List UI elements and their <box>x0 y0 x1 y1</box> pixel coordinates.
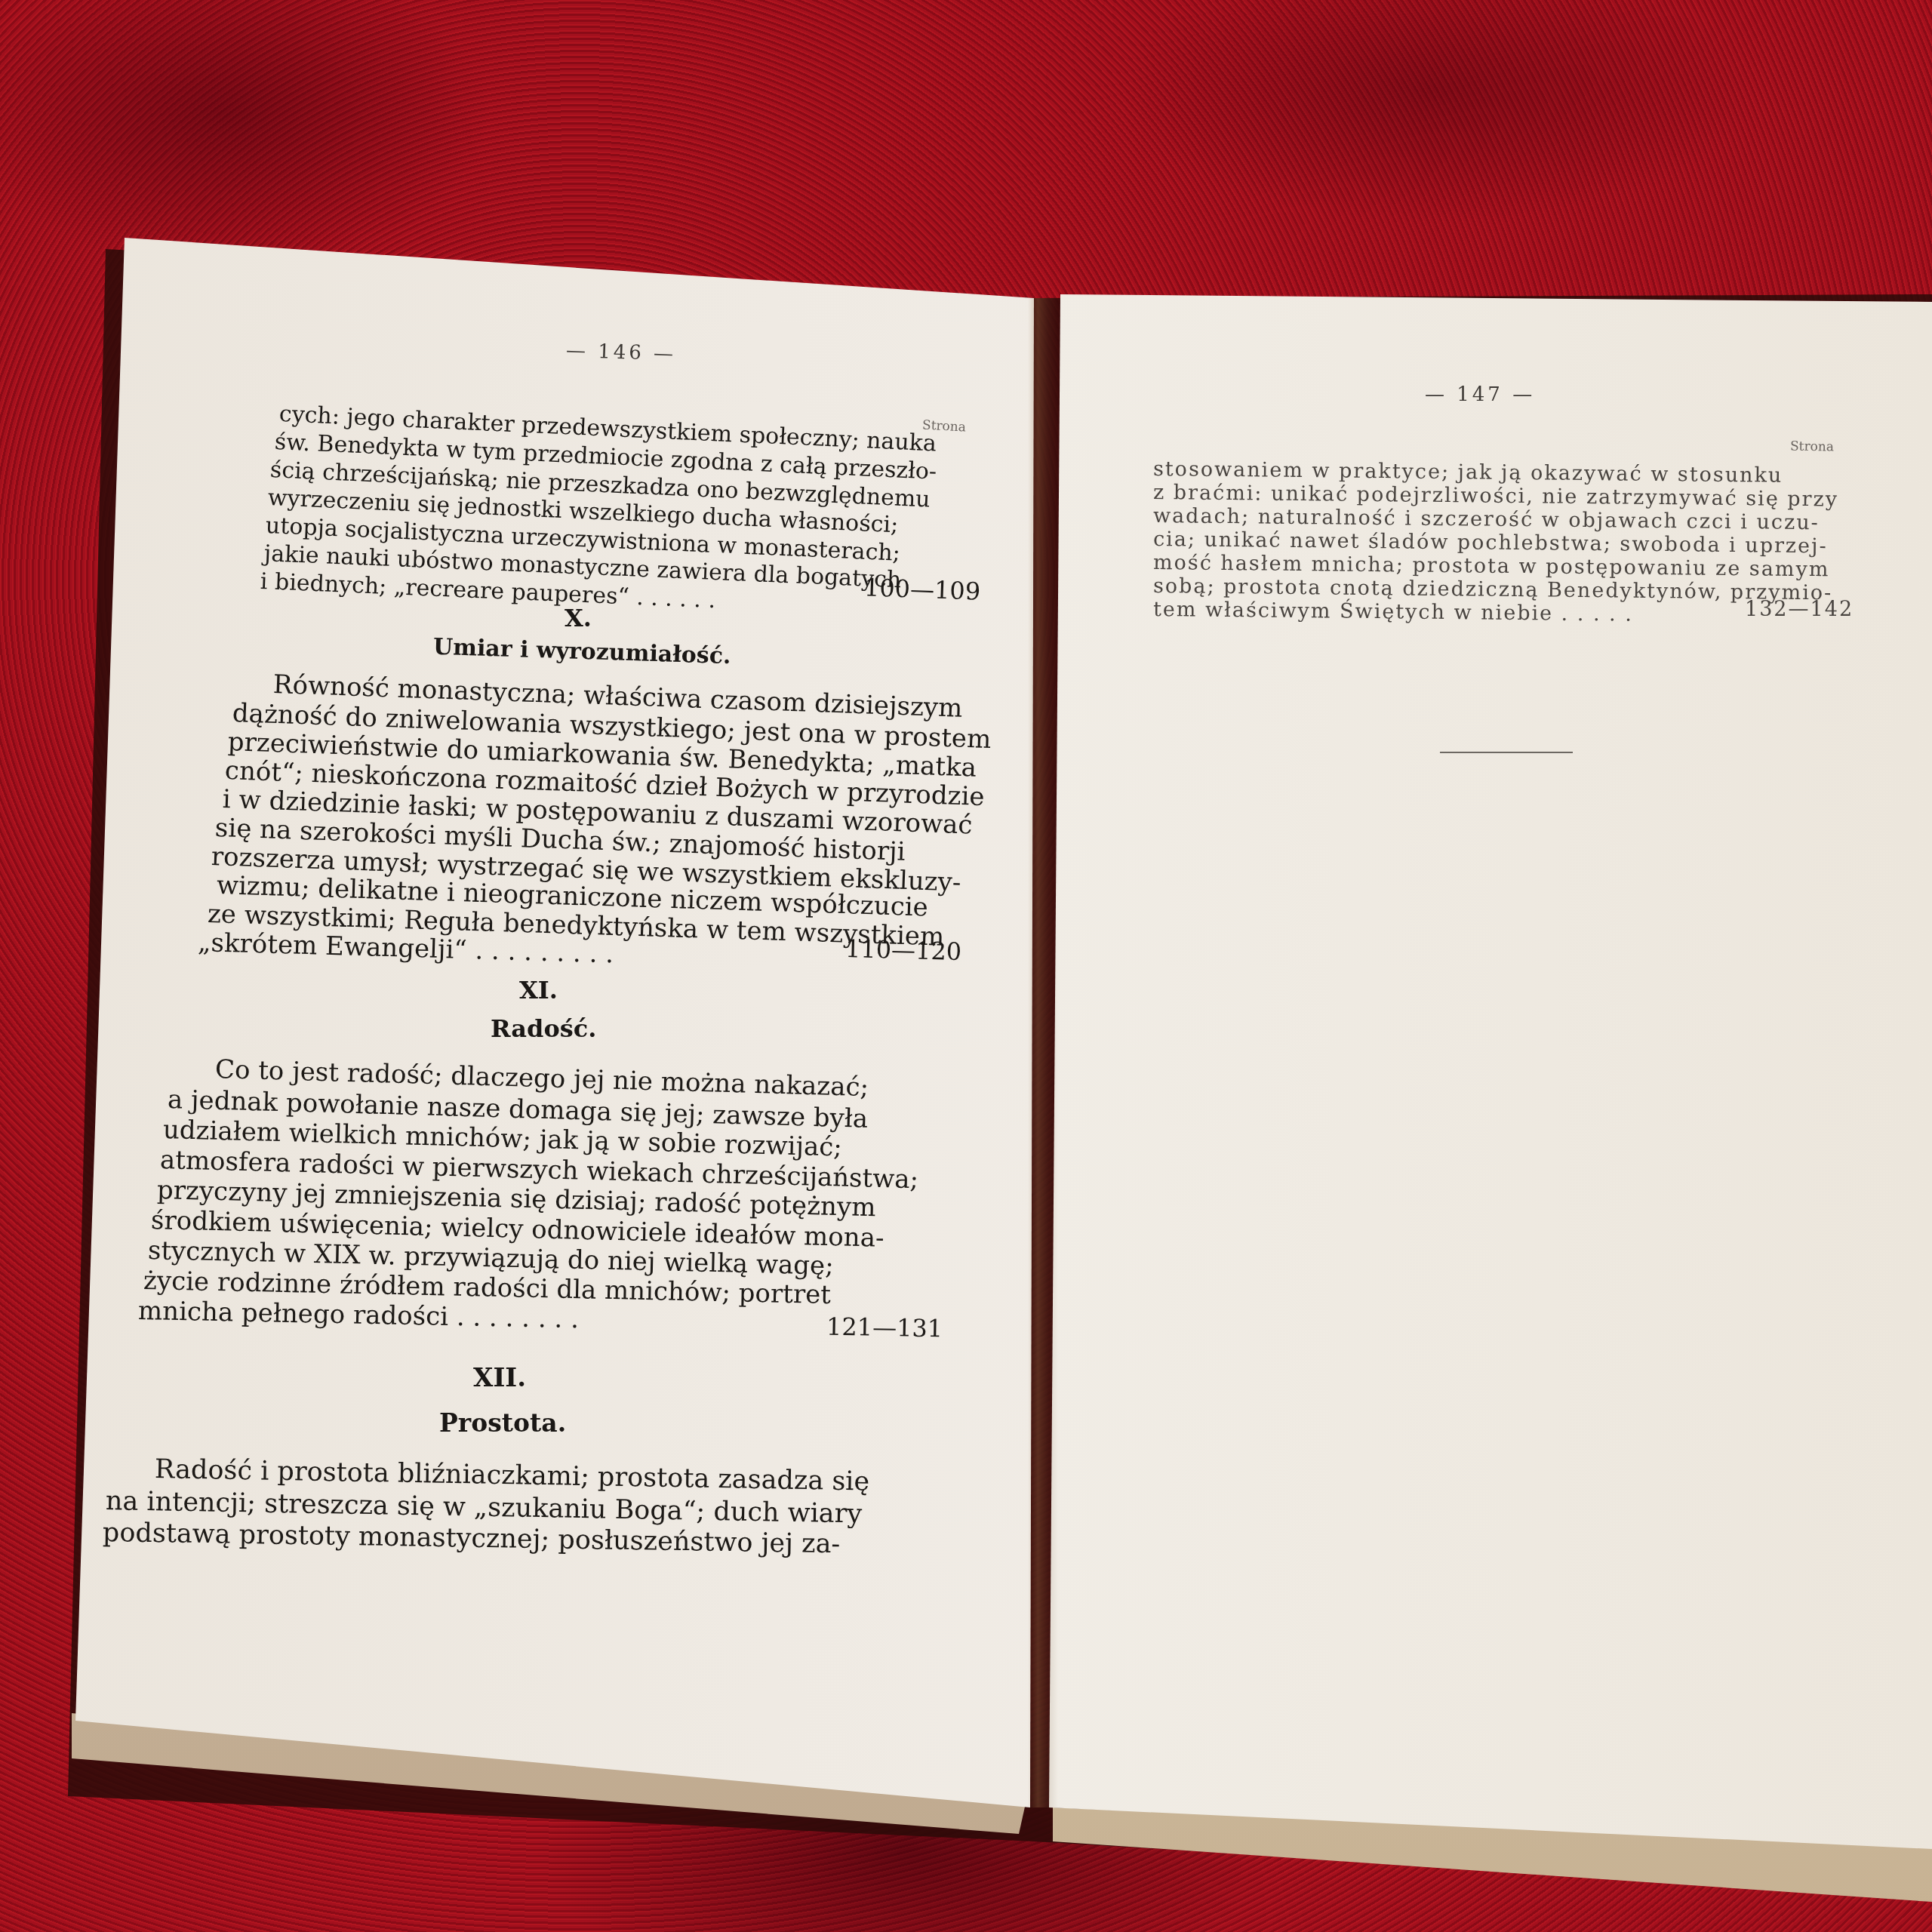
toc-page-range: 132—142 <box>1745 598 1854 621</box>
chapter-number: X. <box>565 604 592 632</box>
right-page-column-label: Strona <box>1790 438 1834 454</box>
chapter-number: XI. <box>519 976 558 1004</box>
left-page-number: — 146 — <box>566 339 677 365</box>
chapter-number: XII. <box>473 1363 526 1393</box>
book-gutter <box>1028 298 1058 1807</box>
chapter-title: Radość. <box>491 1014 596 1043</box>
toc-line: tem właściwym Świętych w niebie . . . . … <box>1153 595 1633 629</box>
end-rule <box>1440 752 1573 753</box>
photo-scene: — 146 — Strona cych: jego charakter prze… <box>0 0 1932 1932</box>
right-page-number: — 147 — <box>1425 383 1535 406</box>
chapter-title: Prostota. <box>439 1408 566 1438</box>
toc-page-range: 110—120 <box>845 934 962 966</box>
toc-page-range: 100—109 <box>863 573 980 605</box>
toc-page-range: 121—131 <box>826 1312 943 1343</box>
